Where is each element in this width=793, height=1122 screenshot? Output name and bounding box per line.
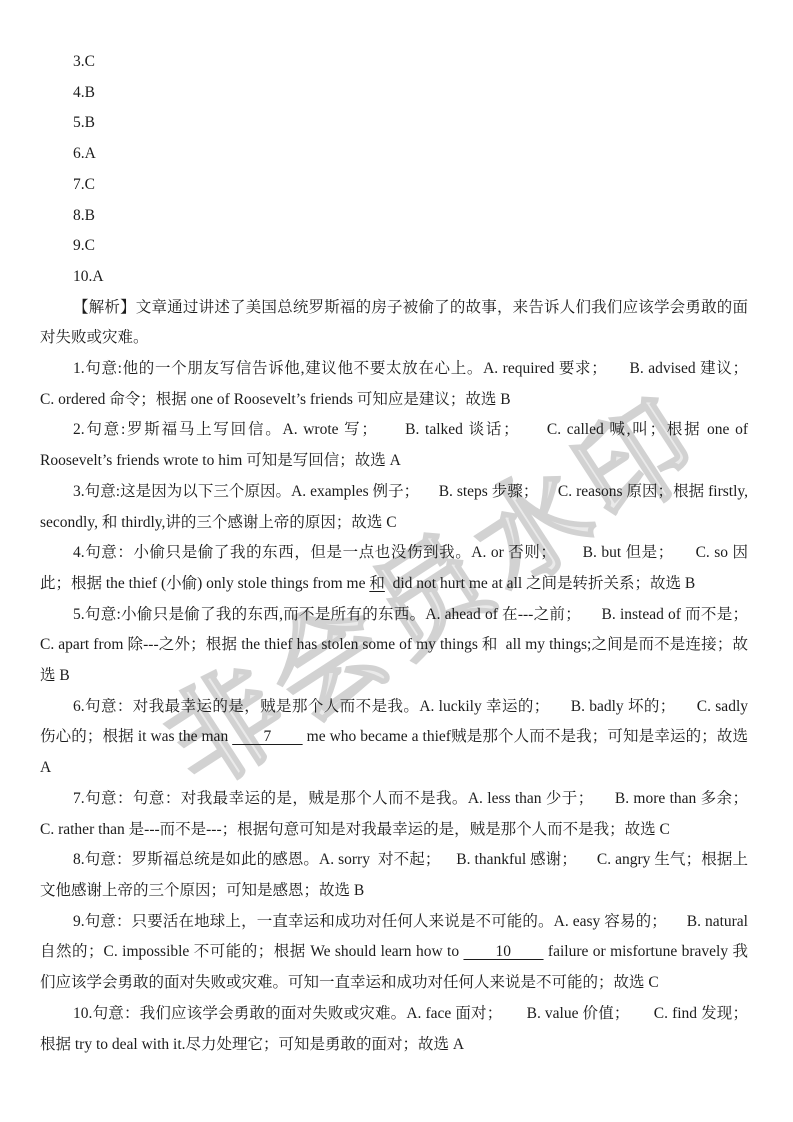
underlined-blank: 和 <box>369 575 385 592</box>
answer-line-7: 7.C <box>40 170 748 201</box>
document-content: 3.C4.B5.B6.A7.C8.B9.C10.A 【解析】文章通过讲述了美国总… <box>0 0 793 1060</box>
text-segment: 3.句意:这是因为以下三个原因。A. examples 例子； B. steps… <box>40 483 752 531</box>
text-segment: 【解析】文章通过讲述了美国总统罗斯福的房子被偷了的故事，来告诉人们我们应该学会勇… <box>40 299 748 347</box>
underlined-blank: 7 <box>232 728 302 745</box>
analysis-item-6: 6.句意：对我最幸运的是，贼是那个人而不是我。A. luckily 幸运的； B… <box>40 692 748 784</box>
analysis-item-2: 2.句意:罗斯福马上写回信。A. wrote 写； B. talked 谈话； … <box>40 415 748 476</box>
answer-line-6: 6.A <box>40 139 748 170</box>
text-segment: did not hurt me at all 之间是转折关系；故选 B <box>385 575 695 592</box>
text-segment: 10.句意：我们应该学会勇敢的面对失败或灾难。A. face 面对； B. va… <box>40 1005 748 1053</box>
underlined-blank: 10 <box>463 943 543 960</box>
text-segment: 1.句意:他的一个朋友写信告诉他,建议他不要太放在心上。A. required … <box>40 360 767 408</box>
answer-line-3: 3.C <box>40 47 748 78</box>
analysis-item-1: 1.句意:他的一个朋友写信告诉他,建议他不要太放在心上。A. required … <box>40 354 748 415</box>
answer-line-8: 8.B <box>40 201 748 232</box>
answer-line-4: 4.B <box>40 78 748 109</box>
text-segment: 7.句意：句意：对我最幸运的是，贼是那个人而不是我。A. less than 少… <box>40 790 767 838</box>
text-segment: 5.句意:小偷只是偷了我的东西,而不是所有的东西。A. ahead of 在--… <box>40 606 767 684</box>
analysis-item-3: 3.句意:这是因为以下三个原因。A. examples 例子； B. steps… <box>40 477 748 538</box>
analysis-item-4: 4.句意：小偷只是偷了我的东西，但是一点也没伤到我。A. or 否则； B. b… <box>40 538 748 599</box>
answer-line-10: 10.A <box>40 262 748 293</box>
analysis-intro: 【解析】文章通过讲述了美国总统罗斯福的房子被偷了的故事，来告诉人们我们应该学会勇… <box>40 293 748 354</box>
analysis-item-9: 9.句意：只要活在地球上，一直幸运和成功对任何人来说是不可能的。A. easy … <box>40 907 748 999</box>
answers-list: 3.C4.B5.B6.A7.C8.B9.C10.A <box>40 47 748 293</box>
analysis-item-7: 7.句意：句意：对我最幸运的是，贼是那个人而不是我。A. less than 少… <box>40 784 748 845</box>
document-page: 非会员水印 3.C4.B5.B6.A7.C8.B9.C10.A 【解析】文章通过… <box>0 0 793 1122</box>
text-segment: 8.句意：罗斯福总统是如此的感恩。A. sorry 对不起； B. thankf… <box>40 851 748 899</box>
analysis-item-8: 8.句意：罗斯福总统是如此的感恩。A. sorry 对不起； B. thankf… <box>40 845 748 906</box>
text-segment: 2.句意:罗斯福马上写回信。A. wrote 写； B. talked 谈话； … <box>40 421 752 469</box>
answer-line-5: 5.B <box>40 108 748 139</box>
answer-line-9: 9.C <box>40 231 748 262</box>
analysis-item-5: 5.句意:小偷只是偷了我的东西,而不是所有的东西。A. ahead of 在--… <box>40 600 748 692</box>
analysis-section: 【解析】文章通过讲述了美国总统罗斯福的房子被偷了的故事，来告诉人们我们应该学会勇… <box>40 293 748 1061</box>
analysis-item-10: 10.句意：我们应该学会勇敢的面对失败或灾难。A. face 面对； B. va… <box>40 999 748 1060</box>
